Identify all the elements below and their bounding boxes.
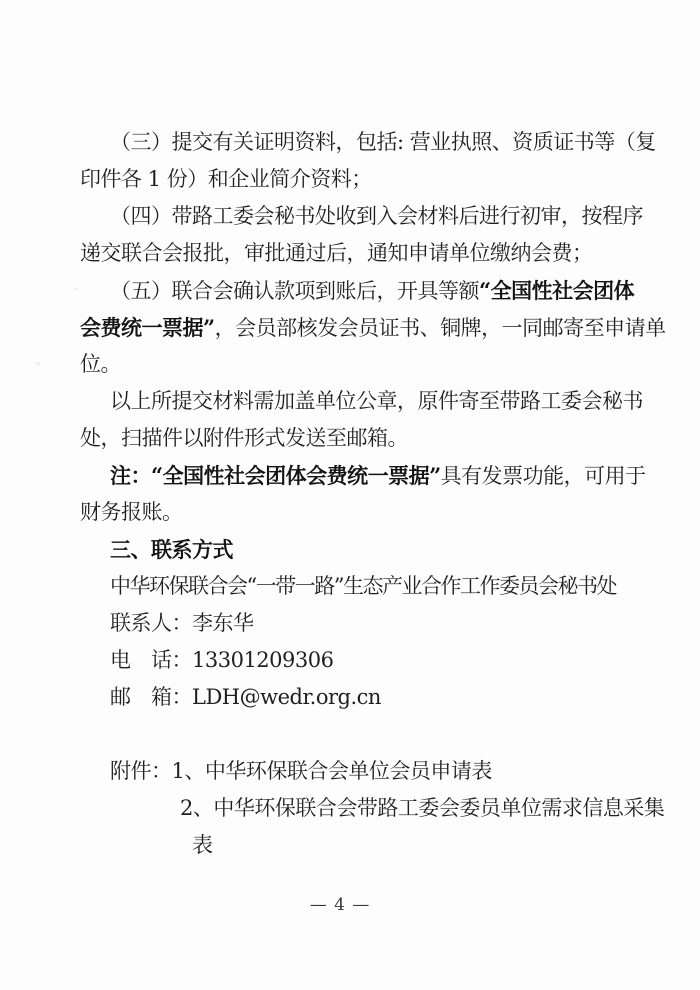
section-heading-contact: 三、联系方式	[80, 531, 665, 568]
quoted-term-segment: 会费统一票据”	[80, 315, 215, 340]
line-note-end: 财务报账。	[80, 494, 665, 531]
contact-person-label: 联系人：	[110, 611, 192, 635]
text-segment: ，会员部核发会员证书、铜牌，一同邮寄至申请单	[215, 316, 666, 340]
quoted-term-segment: “全国性社会团体会费统一票据”	[151, 463, 441, 488]
line-attachment-item-2: 2、中华环保联合会带路工委会委员单位需求信息采集	[80, 790, 665, 827]
blank-line	[80, 716, 665, 753]
line-contact-email: 邮 箱：LDH@wedr.org.cn	[80, 679, 665, 716]
document-page: （三）提交有关证明资料，包括: 营业执照、资质证书等（复 印件各 1 份）和企业…	[0, 0, 700, 990]
line-contact-person: 联系人：李东华	[80, 605, 665, 642]
line-seal-start: 以上所提交材料需加盖单位公章，原件寄至带路工委会秘书	[80, 383, 665, 420]
text-segment: 具有发票功能，可用于	[441, 464, 646, 488]
contact-phone-number: 13301209306	[192, 648, 333, 672]
line-attachments-start: 附件：1、中华环保联合会单位会员申请表	[80, 753, 665, 790]
document-body: （三）提交有关证明资料，包括: 营业执照、资质证书等（复 印件各 1 份）和企业…	[80, 124, 665, 864]
contact-phone-label: 电 话：	[110, 648, 192, 672]
line-item3-continuation: 印件各 1 份）和企业简介资料；	[80, 161, 665, 198]
line-item4-start: （四）带路工委会秘书处收到入会材料后进行初审，按程序	[80, 198, 665, 235]
text-segment: （五）联合会确认款项到账后，开具等额	[110, 279, 479, 303]
contact-email-address: LDH@wedr.org.cn	[192, 685, 381, 709]
attachments-label: 附件：	[110, 759, 172, 783]
contact-email-label: 邮 箱：	[110, 685, 192, 709]
page-number: — 4 —	[0, 895, 680, 915]
quoted-term-segment: “全国性社会团体	[479, 278, 634, 303]
scan-artifact	[36, 362, 41, 365]
line-item5-start: （五）联合会确认款项到账后，开具等额“全国性社会团体	[80, 272, 665, 309]
attachment-item-1: 1、中华环保联合会单位会员申请表	[172, 759, 492, 783]
note-label: 注：	[110, 463, 151, 488]
scan-artifact	[74, 288, 78, 290]
line-item4-continuation: 递交联合会报批，审批通过后，通知申请单位缴纳会费；	[80, 235, 665, 272]
line-item5-continuation: 会费统一票据”，会员部核发会员证书、铜牌，一同邮寄至申请单	[80, 309, 665, 346]
line-seal-continuation: 处，扫描件以附件形式发送至邮箱。	[80, 420, 665, 457]
line-contact-org: 中华环保联合会“一带一路”生态产业合作工作委员会秘书处	[80, 568, 665, 605]
line-contact-phone: 电 话：13301209306	[80, 642, 665, 679]
line-attachment-item-2-wrap: 表	[80, 827, 665, 864]
line-item3-start: （三）提交有关证明资料，包括: 营业执照、资质证书等（复	[80, 124, 665, 161]
line-item5-end: 位。	[80, 346, 665, 383]
line-note-start: 注：“全国性社会团体会费统一票据”具有发票功能，可用于	[80, 457, 665, 494]
contact-person-name: 李东华	[192, 611, 254, 635]
